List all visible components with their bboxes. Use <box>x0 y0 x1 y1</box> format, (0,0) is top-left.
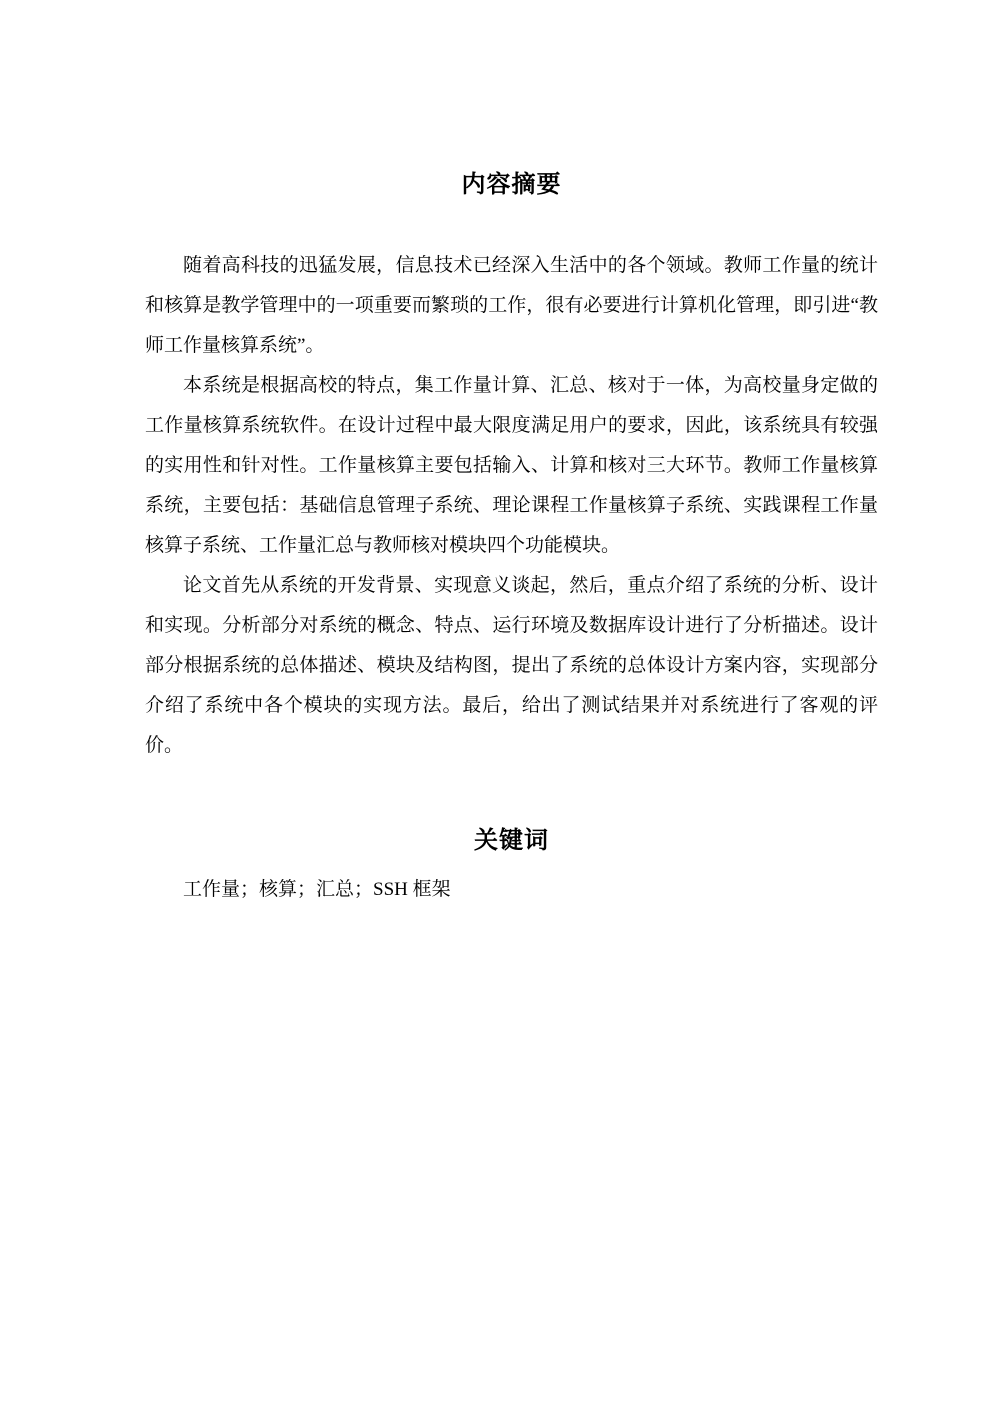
abstract-paragraph-3: 论文首先从系统的开发背景、实现意义谈起，然后，重点介绍了系统的分析、设计和实现。… <box>145 566 878 766</box>
abstract-paragraph-2: 本系统是根据高校的特点，集工作量计算、汇总、核对于一体，为高校量身定做的工作量核… <box>145 366 878 566</box>
page-content: 内容摘要 随着高科技的迅猛发展，信息技术已经深入生活中的各个领域。教师工作量的统… <box>0 0 993 910</box>
keywords-title: 关键词 <box>145 824 878 858</box>
keywords-text: 工作量；核算；汇总；SSH 框架 <box>145 870 878 910</box>
abstract-paragraph-1: 随着高科技的迅猛发展，信息技术已经深入生活中的各个领域。教师工作量的统计和核算是… <box>145 246 878 366</box>
document-page: 内容摘要 随着高科技的迅猛发展，信息技术已经深入生活中的各个领域。教师工作量的统… <box>0 0 993 1404</box>
abstract-title: 内容摘要 <box>145 168 878 202</box>
